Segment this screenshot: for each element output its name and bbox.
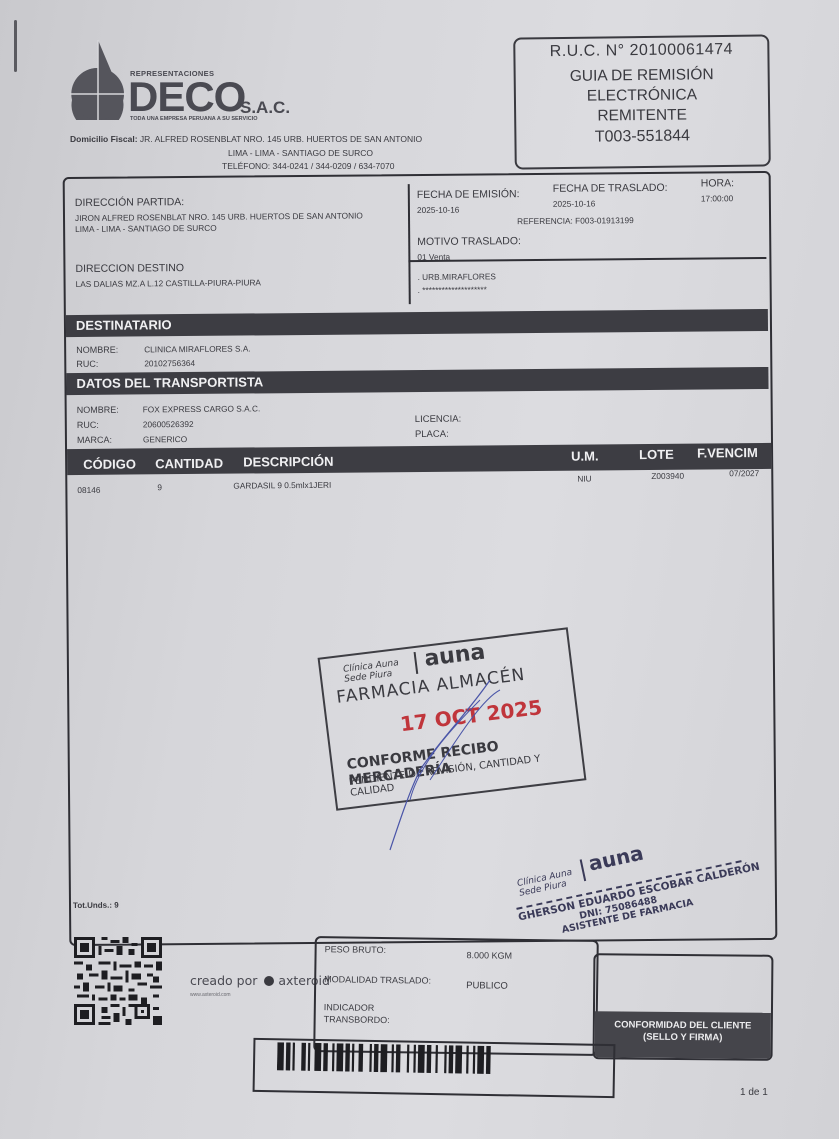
trans-marca-value: GENERICO (143, 434, 187, 444)
conformidad-line1: CONFORMIDAD DEL CLIENTE (595, 1019, 771, 1033)
trans-nombre-label: NOMBRE: (77, 405, 119, 415)
col-descripcion: DESCRIPCIÓN (243, 454, 333, 470)
conformidad-label: CONFORMIDAD DEL CLIENTE (SELLO Y FIRMA) (595, 1011, 771, 1059)
cell-cantidad: 9 (157, 482, 162, 492)
urb-line: . URB.MIRAFLORES (417, 271, 495, 282)
indicador-label-1: INDICADOR (324, 1002, 375, 1013)
trans-ruc-value: 20600526392 (143, 419, 194, 429)
barcode-icon (277, 1042, 587, 1077)
trans-ruc-label: RUC: (77, 420, 99, 430)
total-units: Tot.Unds.: 9 (73, 901, 119, 910)
cell-vencim: 07/2027 (729, 468, 759, 478)
fiscal-city: LIMA - LIMA - SANTIAGO DE SURCO (228, 148, 373, 158)
water-drop-logo-icon (70, 40, 126, 120)
axteroid-url: www.axteroid.com (190, 992, 231, 998)
trans-nombre-value: FOX EXPRESS CARGO S.A.C. (143, 403, 261, 414)
dest-ruc-label: RUC: (76, 359, 98, 369)
emision-label: FECHA DE EMISIÓN: (417, 188, 520, 201)
partida-line1: JIRON ALFRED ROSENBLAT NRO. 145 URB. HUE… (75, 210, 363, 223)
dest-nombre-value: CLINICA MIRAFLORES S.A. (144, 343, 251, 354)
doc-serie: T003-551844 (516, 126, 768, 147)
staple-mark (14, 20, 17, 72)
modalidad-label: MODALIDAD TRASLADO: (324, 974, 431, 985)
fiscal-label: Domicilio Fiscal: (70, 134, 138, 144)
document-page: REPRESENTACIONES DECO S.A.C. TODA UNA EM… (0, 0, 839, 1139)
destino-line1: LAS DALIAS MZ.A L.12 CASTILLA-PIURA-PIUR… (76, 277, 261, 289)
emision-value: 2025-10-16 (417, 205, 460, 215)
cell-descripcion: GARDASIL 9 0.5mlx1JERI (233, 480, 331, 491)
company-tagline: TODA UNA EMPRESA PERUANA A SU SERVICIO (130, 116, 258, 122)
hora-value: 17:00:00 (701, 193, 733, 203)
signature-scribble-icon (380, 660, 530, 860)
shipment-box: PESO BRUTO: 8.000 KGM MODALIDAD TRASLADO… (313, 936, 599, 1056)
masked-line: . ******************** (418, 284, 487, 295)
creado-por: creado por axteroid (190, 973, 330, 988)
table-row: 08146 9 GARDASIL 9 0.5mlx1JERI NIU Z0039… (65, 173, 769, 179)
divider (408, 257, 766, 262)
company-phone: TELÉFONO: 344-0241 / 344-0209 / 634-7070 (222, 161, 394, 171)
divider (408, 184, 411, 304)
col-vencim: F.VENCIM (697, 445, 758, 461)
conformidad-box: CONFORMIDAD DEL CLIENTE (SELLO Y FIRMA) (593, 953, 774, 1061)
document-id-box: R.U.C. N° 20100061474 GUIA DE REMISIÓN E… (513, 34, 771, 169)
cell-um: NIU (577, 473, 591, 483)
company-name: DECO (128, 76, 245, 118)
referencia: REFERENCIA: F003-01913199 (517, 215, 634, 226)
creado-por-label: creado por (190, 973, 257, 988)
traslado-label: FECHA DE TRASLADO: (553, 182, 668, 195)
ruc-number: R.U.C. N° 20100061474 (515, 40, 767, 61)
destinatario-header: DESTINATARIO (66, 309, 768, 337)
signer-divider (580, 859, 587, 881)
trans-marca-label: MARCA: (77, 435, 112, 445)
doc-title-line3: REMITENTE (516, 104, 768, 127)
barcode-box (253, 1038, 616, 1098)
motivo-label: MOTIVO TRASLADO: (417, 235, 521, 248)
axteroid-logo-icon (264, 976, 274, 986)
fiscal-address: Domicilio Fiscal: JR. ALFRED ROSENBLAT N… (70, 134, 422, 144)
col-cantidad: CANTIDAD (155, 456, 223, 472)
col-lote: LOTE (639, 447, 674, 462)
signer-brand: auna (586, 841, 645, 876)
indicador-label-2: TRANSBORDO: (324, 1014, 390, 1025)
peso-label: PESO BRUTO: (325, 944, 386, 955)
licencia-label: LICENCIA: (415, 414, 462, 425)
dest-ruc-value: 20102756364 (144, 358, 195, 368)
qr-code-icon (74, 933, 162, 1029)
page-number: 1 de 1 (740, 1087, 768, 1098)
transportista-header: DATOS DEL TRANSPORTISTA (66, 367, 768, 395)
col-um: U.M. (571, 448, 599, 463)
fiscal-address-value: JR. ALFRED ROSENBLAT NRO. 145 URB. HUERT… (140, 134, 422, 144)
signer-clinic: Clínica Auna Sede Piura (516, 868, 575, 899)
col-codigo: CÓDIGO (83, 456, 136, 471)
hora-label: HORA: (701, 177, 734, 189)
conformidad-line2: (SELLO Y FIRMA) (595, 1031, 771, 1045)
cell-lote: Z003940 (651, 471, 684, 481)
dest-nombre-label: NOMBRE: (76, 345, 118, 355)
peso-value: 8.000 KGM (467, 950, 513, 961)
modalidad-value: PUBLICO (466, 980, 508, 992)
traslado-value: 2025-10-16 (553, 198, 596, 208)
partida-line2: LIMA - LIMA - SANTIAGO DE SURCO (75, 223, 217, 234)
cell-codigo: 08146 (77, 485, 100, 495)
company-suffix: S.A.C. (240, 98, 290, 118)
motivo-value: 01 Venta (417, 252, 450, 262)
placa-label: PLACA: (415, 429, 449, 440)
destino-label: DIRECCION DESTINO (75, 262, 184, 275)
partida-label: DIRECCIÓN PARTIDA: (75, 196, 184, 209)
